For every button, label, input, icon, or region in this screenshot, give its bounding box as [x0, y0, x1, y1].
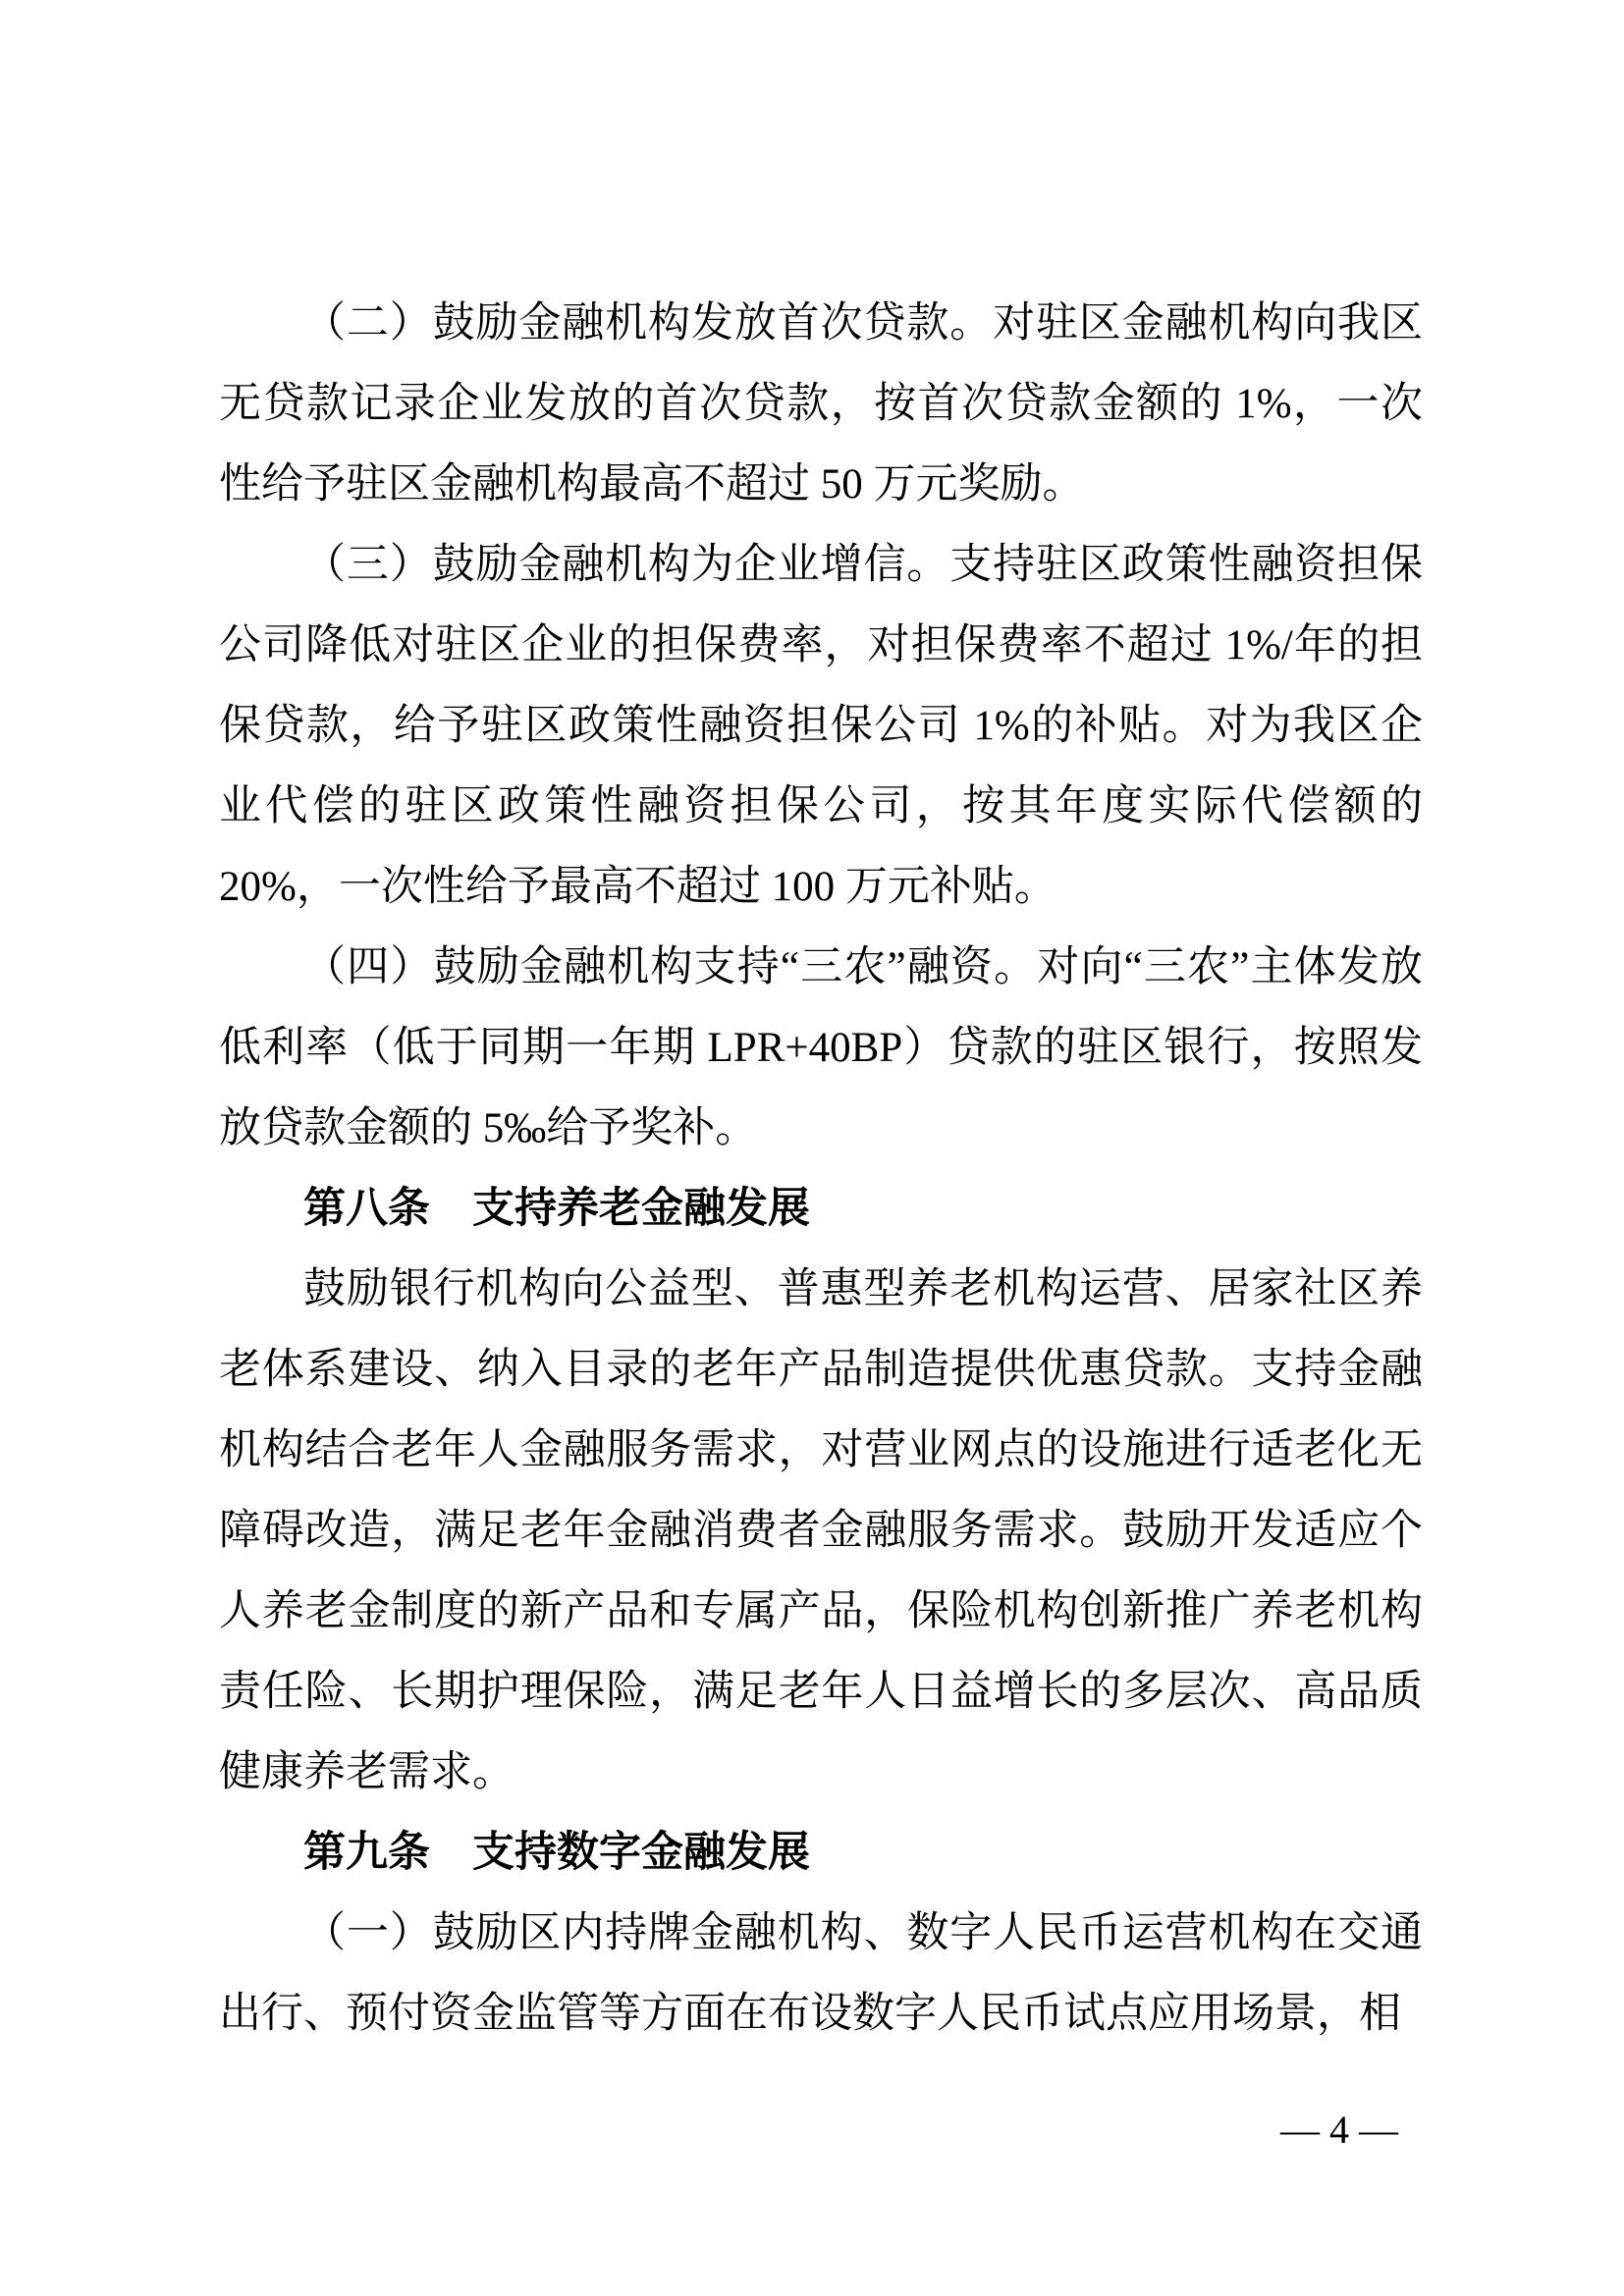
paragraph: 鼓励银行机构向公益型、普惠型养老机构运营、居家社区养老体系建设、纳入目录的老年产… [219, 1250, 1423, 1813]
paragraph: （四）鼓励金融机构支持“三农”融资。对向“三农”主体发放低利率（低于同期一年期 … [219, 928, 1423, 1169]
paragraph: （一）鼓励区内持牌金融机构、数字人民币运营机构在交通出行、预付资金监管等方面在布… [219, 1894, 1423, 2055]
page-footer: — 4 — [0, 2056, 1398, 2204]
paragraph: （三）鼓励金融机构为企业增信。支持驻区政策性融资担保公司降低对驻区企业的担保费率… [219, 525, 1423, 928]
document-page: （二）鼓励金融机构发放首次贷款。对驻区金融机构向我区无贷款记录企业发放的首次贷款… [0, 0, 1624, 2296]
page-number: — 4 — [1280, 2108, 1398, 2152]
paragraph: （二）鼓励金融机构发放首次贷款。对驻区金融机构向我区无贷款记录企业发放的首次贷款… [219, 284, 1423, 525]
article-heading: 第九条 支持数字金融发展 [219, 1813, 1423, 1894]
article-heading: 第八条 支持养老金融发展 [219, 1169, 1423, 1250]
document-body: （二）鼓励金融机构发放首次贷款。对驻区金融机构向我区无贷款记录企业发放的首次贷款… [219, 284, 1423, 2055]
